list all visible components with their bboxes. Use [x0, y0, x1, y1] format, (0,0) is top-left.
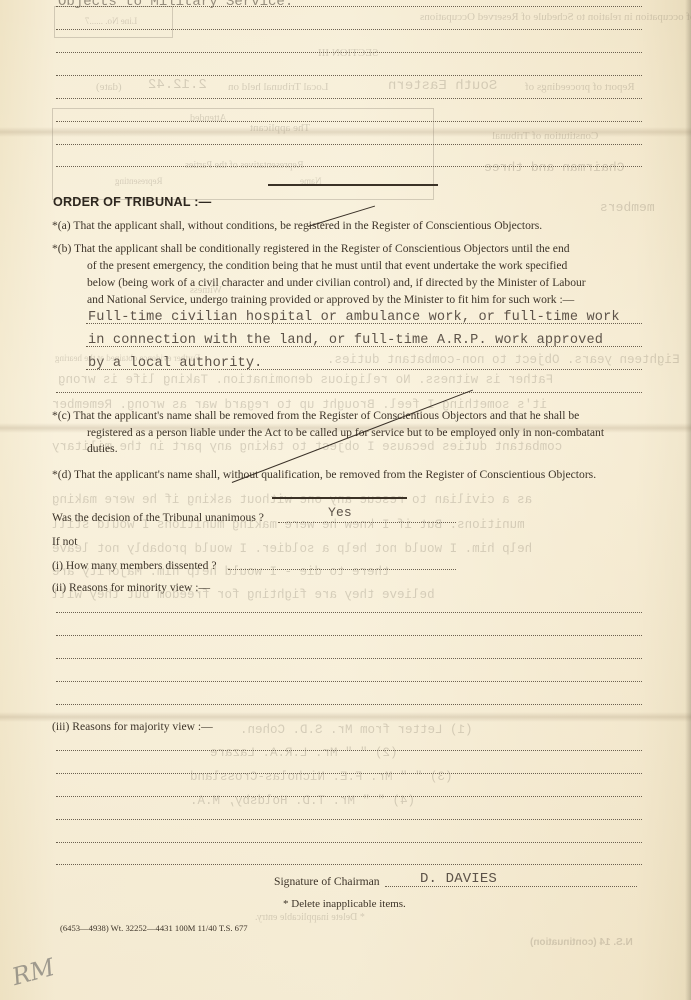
dotted-line	[56, 773, 642, 774]
signature-label: Signature of Chairman	[274, 876, 380, 888]
ghost-members: members	[600, 200, 655, 215]
paper-edge	[685, 0, 691, 1000]
order-item-a: *(a) That the applicant shall, without c…	[52, 220, 542, 232]
ghost-reverse-line: Father is witness. No religious denomina…	[58, 373, 553, 387]
ghost-attended: Attended	[190, 113, 227, 124]
dotted-line	[56, 681, 642, 682]
dotted-line	[56, 121, 642, 122]
ghost-region: South Eastern	[388, 78, 497, 94]
ghost-local-tribunal: Local Tribunal held on	[228, 81, 329, 93]
dotted-line	[56, 52, 642, 53]
ghost-representing: Representing	[115, 176, 163, 186]
order-item-b-line: of the present emergency, the condition …	[87, 260, 567, 272]
majority-label: (iii) Reasons for majority view :—	[52, 721, 213, 733]
order-item-b-line: below (being work of a civil character a…	[87, 277, 586, 289]
section-divider	[272, 497, 407, 499]
dotted-line	[56, 6, 642, 7]
ghost-report-label: Report of proceedings of	[525, 81, 635, 93]
dotted-line	[278, 522, 456, 523]
dissented-label: (i) How many members dissented ?	[52, 560, 217, 572]
order-marker: *(b)	[52, 242, 71, 255]
dotted-line	[56, 796, 642, 797]
order-item-c-line: duties.	[87, 443, 118, 455]
ghost-section: SECTION III	[318, 47, 378, 59]
dotted-line	[56, 392, 642, 393]
dotted-line	[56, 75, 642, 76]
order-item-c-line: *(c) That the applicant's name shall be …	[52, 410, 579, 422]
dotted-line	[228, 569, 456, 570]
order-text: That the applicant shall be conditionall…	[74, 242, 570, 255]
if-not-label: If not	[52, 536, 77, 548]
dotted-line	[56, 635, 642, 636]
ghost-reverse-line: as a civilian to rescue any one without …	[52, 493, 532, 507]
ghost-list-item: (2) " " Mr. L.R.A. Lazare	[210, 746, 398, 760]
dotted-line	[86, 346, 642, 347]
ghost-list-item: (1) Letter from Mr. S.D. Cohen.	[240, 723, 473, 737]
unanimous-label: Was the decision of the Tribunal unanimo…	[52, 512, 264, 524]
paper-fold	[0, 127, 691, 137]
dotted-line	[56, 166, 642, 167]
dotted-line	[56, 819, 642, 820]
ghost-reverse-line: help him. I would not help a soldier. I …	[52, 542, 532, 556]
order-item-c-line: registered as a person liable under the …	[87, 427, 604, 439]
dotted-line	[56, 864, 642, 865]
ghost-delete-entry: * Delete inapplicable entry.	[255, 912, 365, 923]
ghost-position-label: Position of occupation in relation to Sc…	[420, 11, 691, 23]
ghost-date-label: (date)	[96, 81, 122, 93]
ghost-form-id: N.S. 14 (continuation)	[530, 937, 633, 948]
order-item-d: *(d) That the applicant's name shall, wi…	[52, 469, 596, 481]
ghost-date-value: 2.12.42	[148, 77, 207, 93]
print-code: (6453—4938) Wt. 32252—4431 100M 11/40 T.…	[60, 923, 248, 933]
order-marker: *(a)	[52, 219, 71, 232]
dotted-line	[56, 29, 642, 30]
order-heading: ORDER OF TRIBUNAL :—	[53, 195, 211, 209]
minority-label: (ii) Reasons for minority view :—	[52, 582, 210, 594]
unanimous-value: Yes	[328, 505, 352, 520]
dotted-line	[56, 658, 642, 659]
dotted-line	[56, 144, 642, 145]
dotted-line	[56, 842, 642, 843]
order-text: That the applicant's name shall, without…	[74, 468, 596, 481]
section-divider	[268, 184, 438, 186]
ghost-chairman: Chairman and three	[484, 160, 624, 175]
dotted-line	[86, 369, 642, 370]
order-marker: *(d)	[52, 468, 71, 481]
dotted-line	[56, 750, 642, 751]
dotted-line	[56, 704, 642, 705]
dotted-line	[56, 98, 642, 99]
ghost-line-no: Line No. ......7	[85, 16, 137, 26]
order-text: That the applicant's name shall be remov…	[73, 409, 579, 422]
ghost-reverse-line: Eighteen years. Object to non-combatant …	[327, 353, 680, 367]
dotted-line	[86, 323, 642, 324]
footnote: * Delete inapplicable items.	[283, 899, 406, 910]
order-item-b-line: and National Service, undergo training p…	[87, 294, 574, 306]
dotted-line	[56, 612, 642, 613]
order-item-b-line: *(b) That the applicant shall be conditi…	[52, 243, 570, 255]
order-marker: *(c)	[52, 409, 71, 422]
signature-value: D. DAVIES	[420, 871, 497, 887]
